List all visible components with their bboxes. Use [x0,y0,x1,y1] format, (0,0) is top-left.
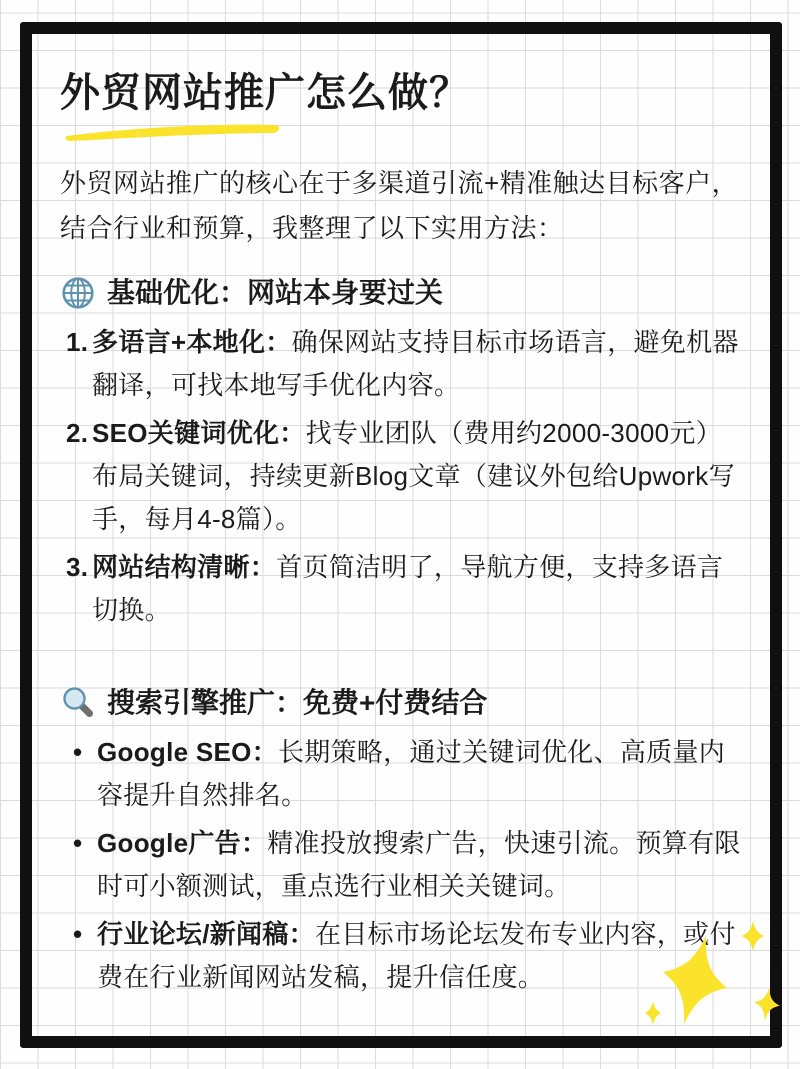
bullet-marker: • [60,822,97,908]
intro-text: 外贸网站推广的核心在于多渠道引流+精准触达目标客户，结合行业和预算，我整理了以下… [60,161,746,251]
item-body: 多语言+本地化：确保网站支持目标市场语言，避免机器翻译，可找本地写手优化内容。 [92,321,746,407]
item-marker: 1. [60,321,92,407]
list-item: 3. 网站结构清晰：首页简洁明了，导航方便，支持多语言切换。 [60,546,746,632]
magnifying-glass-icon [60,685,96,721]
list-item: • Google广告：精准投放搜索广告，快速引流。预算有限时可小额测试，重点选行… [60,822,746,908]
section-search-promotion-header: 搜索引擎推广：免费+付费结合 [60,684,746,722]
item-body: SEO关键词优化：找专业团队（费用约2000-3000元）布局关键词，持续更新B… [92,412,746,541]
sparkle-star-right [752,985,782,1022]
bullet-marker: • [60,731,97,817]
item-label: Google SEO： [97,737,278,767]
item-label: 网站结构清晰： [92,552,276,582]
item-label: SEO关键词优化： [92,418,306,448]
page-title: 外贸网站推广怎么做？ [60,70,746,116]
section-heading: 基础优化：网站本身要过关 [107,274,443,312]
item-marker: 2. [60,412,92,541]
list-item: 2. SEO关键词优化：找专业团队（费用约2000-3000元）布局关键词，持续… [60,412,746,541]
note-card: 外贸网站推广怎么做？ 外贸网站推广的核心在于多渠道引流+精准触达目标客户，结合行… [20,22,782,1048]
item-body: 网站结构清晰：首页简洁明了，导航方便，支持多语言切换。 [92,546,746,632]
globe-icon [60,275,96,311]
page-background: 外贸网站推广怎么做？ 外贸网站推广的核心在于多渠道引流+精准触达目标客户，结合行… [0,0,800,1069]
sparkle-diamond-left [645,1001,661,1025]
title-highlight [60,121,288,143]
item-body: Google广告：精准投放搜索广告，快速引流。预算有限时可小额测试，重点选行业相… [97,822,746,908]
sparkles-decoration [600,898,800,1063]
bullet-marker: • [60,913,97,999]
list-item: • Google SEO：长期策略，通过关键词优化、高质量内容提升自然排名。 [60,731,746,817]
section-basic-optimization-header: 基础优化：网站本身要过关 [60,274,746,312]
item-body: Google SEO：长期策略，通过关键词优化、高质量内容提升自然排名。 [97,731,746,817]
sparkle-star-large [652,927,738,1032]
section-heading: 搜索引擎推广：免费+付费结合 [107,684,487,722]
item-label: 多语言+本地化： [92,327,292,357]
numbered-list: 1. 多语言+本地化：确保网站支持目标市场语言，避免机器翻译，可找本地写手优化内… [60,321,746,632]
list-item: 1. 多语言+本地化：确保网站支持目标市场语言，避免机器翻译，可找本地写手优化内… [60,321,746,407]
item-label: Google广告： [97,828,267,858]
item-marker: 3. [60,546,92,632]
sparkle-star-small-top [742,921,764,951]
item-label: 行业论坛/新闻稿： [97,919,315,949]
